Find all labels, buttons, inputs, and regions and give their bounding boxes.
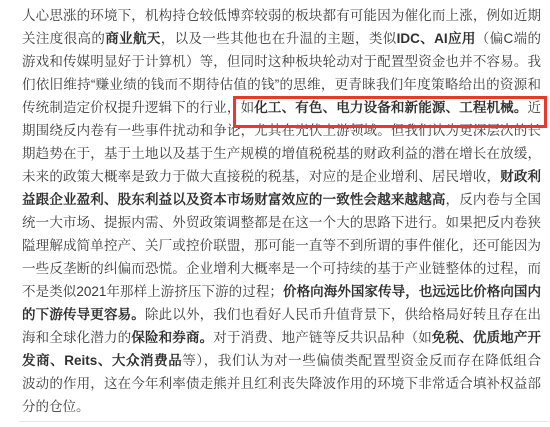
text-line: 期围绕反内卷有一些事件扰动和争论，尤其在光伏上游领域。但我们认为更深层次的长 — [22, 119, 541, 142]
document-page: { "page": { "background": "#ffffff", "te… — [0, 0, 550, 427]
text-line: 期趋势在于，基于土地以及基于生产规模的增值税税基的财政利益的潜在增长在放缓， — [22, 142, 541, 165]
body-text: 未来的政策大概率是致力于做大直接税的税基，对应的是企业增利、居民增收， — [22, 169, 500, 184]
emphasis-text: 化工、有色、电力设备和新能源、工程机械。 — [254, 100, 527, 115]
body-text: 隘理解成简单控产、关厂或控价联盟，那可能一直等不到所谓的事件催化，还可能因为 — [22, 238, 541, 253]
text-line: 统一大市场、提振内需、外贸政策调整都是在这一个大的思路下进行。如果把反内卷狭 — [22, 211, 541, 234]
body-text: 除此以外，我们也看好人民币升值背景下，供给格局好转且存在出 — [145, 307, 541, 322]
text-line: 隘理解成简单控产、关厂或控价联盟，那可能一直等不到所谓的事件催化，还可能因为 — [22, 234, 541, 257]
text-line: 海和全球化潜力的保险和券商。对于消费、地产链等反共识品种（如免税、优质地产开 — [22, 326, 541, 349]
emphasis-text: 益跟企业盈利、股东利益以及资本市场财富效应的一致性会越来越越高 — [22, 192, 446, 207]
body-text: 人心思涨的环境下，机构持仓较低博弈较弱的板块都有可能因为催化而上涨，例如近期 — [22, 8, 541, 23]
body-text: 游戏和传媒明显好于计算机）等，但同时这种板块轮动对于配置型资金也并不容易。我 — [22, 54, 541, 69]
text-line: 波动的作用，这在今年利率债走熊并且红利丧失降波作用的环境下非常适合填补权益部 — [22, 372, 541, 395]
emphasis-text: 的下游传导更容易。 — [22, 307, 145, 322]
body-text: 对于消费、地产链等反共识品种（如 — [213, 330, 432, 345]
body-text: （偏C端的 — [476, 31, 541, 46]
text-line: 游戏和传媒明显好于计算机）等，但同时这种板块轮动对于配置型资金也并不容易。我 — [22, 50, 541, 73]
body-text: ，反内卷与全国 — [446, 192, 541, 207]
body-text: 等），我们认为对一些偏债类配置型资金反而存在降低组合 — [182, 353, 541, 368]
body-text: 近 — [528, 100, 541, 115]
emphasis-text: 保险和券商。 — [131, 330, 213, 345]
text-lines: 人心思涨的环境下，机构持仓较低博弈较弱的板块都有可能因为催化而上涨，例如近期关注… — [22, 4, 541, 418]
text-line: 传统制造定价权提升逻辑下的行业，如化工、有色、电力设备和新能源、工程机械。近 — [22, 96, 541, 119]
body-text: 期趋势在于，基于土地以及基于生产规模的增值税税基的财政利益的潜在增长在放缓， — [22, 146, 541, 161]
text-line: 关注度很高的商业航天，以及一些其他也在升温的主题，类似IDC、AI应用（偏C端的 — [22, 27, 541, 50]
emphasis-text: 发商、Reits、大众消费品 — [22, 353, 182, 368]
text-line: 发商、Reits、大众消费品等），我们认为对一些偏债类配置型资金反而存在降低组合 — [22, 349, 541, 372]
article-text: 人心思涨的环境下，机构持仓较低博弈较弱的板块都有可能因为催化而上涨，例如近期关注… — [22, 4, 541, 418]
text-line: 不是类似2021年那样上游挤压下游的过程；价格向海外国家传导，也远远比价格向国内 — [22, 280, 541, 303]
text-line: 一些反垄断的纠偏而恐慌。企业增利大概率是一个可持续的基于产业链整体的过程，而 — [22, 257, 541, 280]
text-line: 未来的政策大概率是致力于做大直接税的税基，对应的是企业增利、居民增收，财政利 — [22, 165, 541, 188]
emphasis-text: 商业航天 — [105, 31, 161, 46]
text-line: 们依旧维持“赚业绩的钱而不期待估值的钱”的思维，更青睐我们年度策略给出的资源和 — [22, 73, 541, 96]
text-line: 人心思涨的环境下，机构持仓较低博弈较弱的板块都有可能因为催化而上涨，例如近期 — [22, 4, 541, 27]
emphasis-text: IDC、AI应用 — [397, 31, 476, 46]
body-text: 传统制造定价权提升逻辑下的行业，如 — [22, 100, 254, 115]
body-text: ，以及一些其他也在升温的主题，类似 — [161, 31, 397, 46]
body-text: 分的仓位。 — [22, 399, 90, 414]
body-text: 波动的作用，这在今年利率债走熊并且红利丧失降波作用的环境下非常适合填补权益部 — [22, 376, 541, 391]
emphasis-text: 价格向海外国家传导，也远远比价格向国内 — [283, 284, 541, 299]
body-text: 统一大市场、提振内需、外贸政策调整都是在这一个大的思路下进行。如果把反内卷狭 — [22, 215, 541, 230]
body-text: 海和全球化潜力的 — [22, 330, 131, 345]
text-line: 的下游传导更容易。除此以外，我们也看好人民币升值背景下，供给格局好转且存在出 — [22, 303, 541, 326]
body-text: 关注度很高的 — [22, 31, 105, 46]
page-divider — [19, 421, 549, 422]
emphasis-text: 免税、优质地产开 — [432, 330, 541, 345]
body-text: 不是类似2021年那样上游挤压下游的过程； — [22, 284, 283, 299]
emphasis-text: 财政利 — [500, 169, 541, 184]
text-line: 益跟企业盈利、股东利益以及资本市场财富效应的一致性会越来越越高，反内卷与全国 — [22, 188, 541, 211]
body-text: 一些反垄断的纠偏而恐慌。企业增利大概率是一个可持续的基于产业链整体的过程，而 — [22, 261, 541, 276]
body-text: 们依旧维持“赚业绩的钱而不期待估值的钱”的思维，更青睐我们年度策略给出的资源和 — [22, 77, 541, 92]
text-line: 分的仓位。 — [22, 395, 541, 418]
body-text: 期围绕反内卷有一些事件扰动和争论，尤其在光伏上游领域。但我们认为更深层次的长 — [22, 123, 541, 138]
